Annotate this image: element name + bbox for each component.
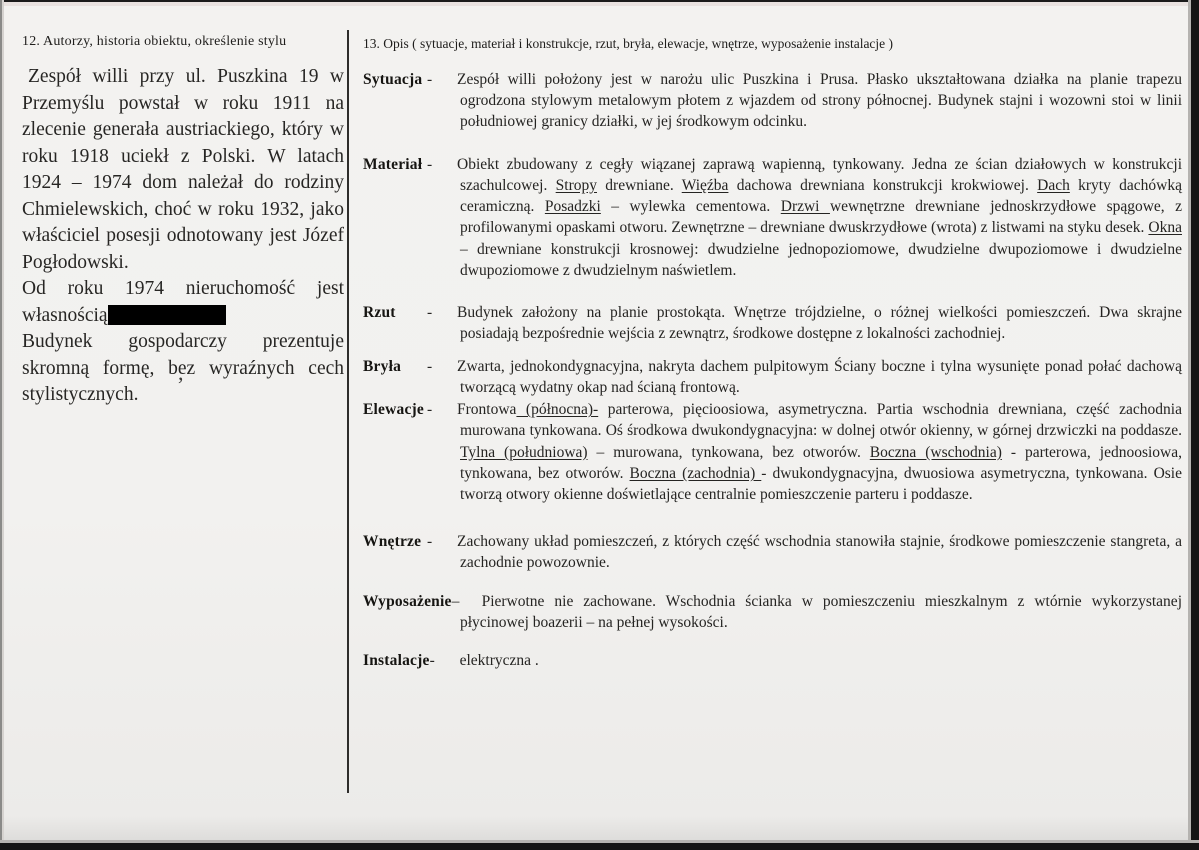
entry-label: Bryła	[363, 356, 427, 377]
entry-dash: -	[427, 69, 457, 90]
entry-dash: -	[427, 399, 457, 420]
entry-body: Zachowany układ pomieszczeń, z których c…	[457, 533, 1182, 571]
entry-sytuacja: Sytuacja-Zespół willi położony jest w na…	[363, 69, 1182, 133]
entry-body: Zespół willi położony jest w narożu ulic…	[457, 71, 1182, 130]
section-13-header: 13. Opis ( sytuacje, materiał i konstruk…	[363, 36, 1182, 52]
entry-dash: -	[427, 302, 457, 323]
section-13-description: 13. Opis ( sytuacje, materiał i konstruk…	[363, 36, 1182, 692]
entry-body: Pierwotne nie zachowane. Wschodnia ścian…	[460, 593, 1182, 631]
entry-body: Zwarta, jednokondygnacyjna, nakryta dach…	[457, 358, 1182, 396]
entry-label: Wnętrze	[363, 531, 427, 552]
scanned-document-page: 12. Autorzy, historia obiektu, określeni…	[0, 0, 1199, 850]
entry-dash: -	[430, 650, 460, 671]
entry-body: Budynek założony na planie prostokąta. W…	[457, 304, 1182, 342]
description-entries: Sytuacja-Zespół willi położony jest w na…	[363, 69, 1182, 671]
entry-instalacje: Instalacje-elektryczna .	[363, 650, 1182, 671]
entry-body: Frontowa (północna)- parterowa, pięcioos…	[457, 401, 1182, 503]
entry-dash: -	[427, 154, 457, 175]
section-12-authors-history: 12. Autorzy, historia obiektu, określeni…	[22, 34, 344, 409]
entry-dash: -	[427, 531, 457, 552]
entry-elewacje: Elewacje-Frontowa (północna)- parterowa,…	[363, 399, 1182, 505]
entry-label: Materiał	[363, 154, 427, 175]
scan-edge-right	[1191, 0, 1199, 850]
entry-dash: –	[452, 591, 482, 612]
entry-label: Rzut	[363, 302, 427, 323]
entry-label: Instalacje	[363, 650, 430, 671]
section-12-header: 12. Autorzy, historia obiektu, określeni…	[22, 34, 344, 50]
scan-edge-top-shade	[0, 2, 1199, 6]
entry-wnetrze: Wnętrze-Zachowany układ pomieszczeń, z k…	[363, 531, 1182, 573]
history-paragraph: Zespół willi przy ul. Puszkina 19 w Prze…	[22, 64, 344, 276]
entry-body: Obiekt zbudowany z cegły wiązanej zapraw…	[457, 156, 1182, 279]
entry-label: Elewacje	[363, 399, 427, 420]
stray-comma-mark: ,	[178, 360, 184, 386]
entry-label: Sytuacja	[363, 69, 427, 90]
entry-wyposazenie: Wyposażenie–Pierwotne nie zachowane. Wsc…	[363, 591, 1182, 633]
column-divider-line	[347, 30, 349, 793]
entry-material: Materiał-Obiekt zbudowany z cegły wiązan…	[363, 154, 1182, 281]
entry-rzut: Rzut-Budynek założony na planie prostoką…	[363, 302, 1182, 344]
ownership-paragraph: Od roku 1974 nieruchomość jest własności…	[22, 276, 344, 329]
entry-label: Wyposażenie	[363, 591, 452, 612]
redaction-bar	[108, 305, 226, 325]
entry-body: elektryczna .	[460, 652, 539, 669]
scan-edge-left-shade	[2, 0, 4, 850]
entry-bryla: Bryła-Zwarta, jednokondygnacyjna, nakryt…	[363, 356, 1182, 398]
entry-dash: -	[427, 356, 457, 377]
scan-edge-bottom	[0, 843, 1199, 850]
